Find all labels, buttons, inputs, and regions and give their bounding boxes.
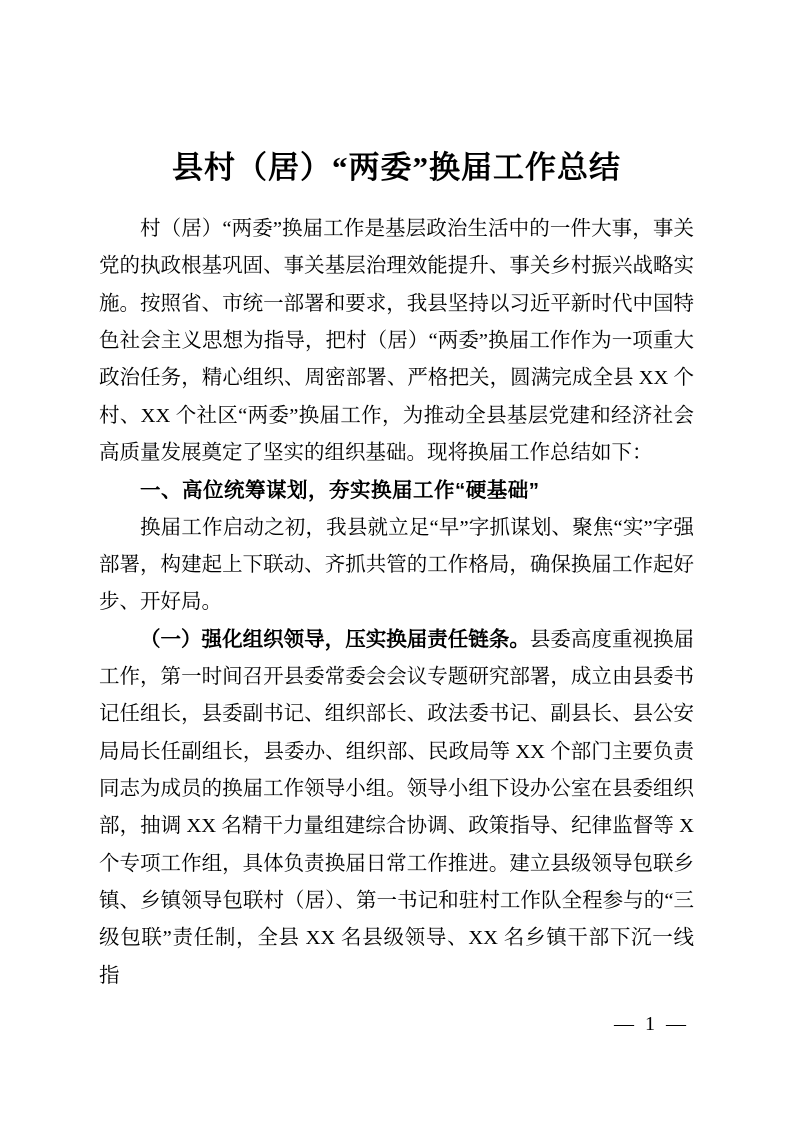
document-content: 县村（居）“两委”换届工作总结 村（居）“两委”换届工作是基层政治生活中的一件大… xyxy=(99,0,694,995)
section-1-item-1-lead: （一）强化组织领导，压实换届责任链条。 xyxy=(140,629,530,651)
section-1-heading: 一、高位统筹谋划，夯实换届工作“硬基础” xyxy=(99,472,694,509)
page-number: — 1 — xyxy=(614,1011,689,1037)
document-title: 县村（居）“两委”换届工作总结 xyxy=(99,0,694,187)
intro-paragraph: 村（居）“两委”换届工作是基层政治生活中的一件大事，事关党的执政根基巩固、事关基… xyxy=(99,211,694,472)
document-page: 县村（居）“两委”换届工作总结 村（居）“两委”换届工作是基层政治生活中的一件大… xyxy=(0,0,793,1122)
section-1-lead-paragraph: 换届工作启动之初，我县就立足“早”字抓谋划、聚焦“实”字强部署，构建起上下联动、… xyxy=(99,510,694,622)
section-1-item-1-text: 县委高度重视换届工作，第一时间召开县委常委会会议专题研究部署，成立由县委书记任组… xyxy=(99,629,694,987)
section-1-item-1-paragraph: （一）强化组织领导，压实换届责任链条。县委高度重视换届工作，第一时间召开县委常委… xyxy=(99,622,694,995)
